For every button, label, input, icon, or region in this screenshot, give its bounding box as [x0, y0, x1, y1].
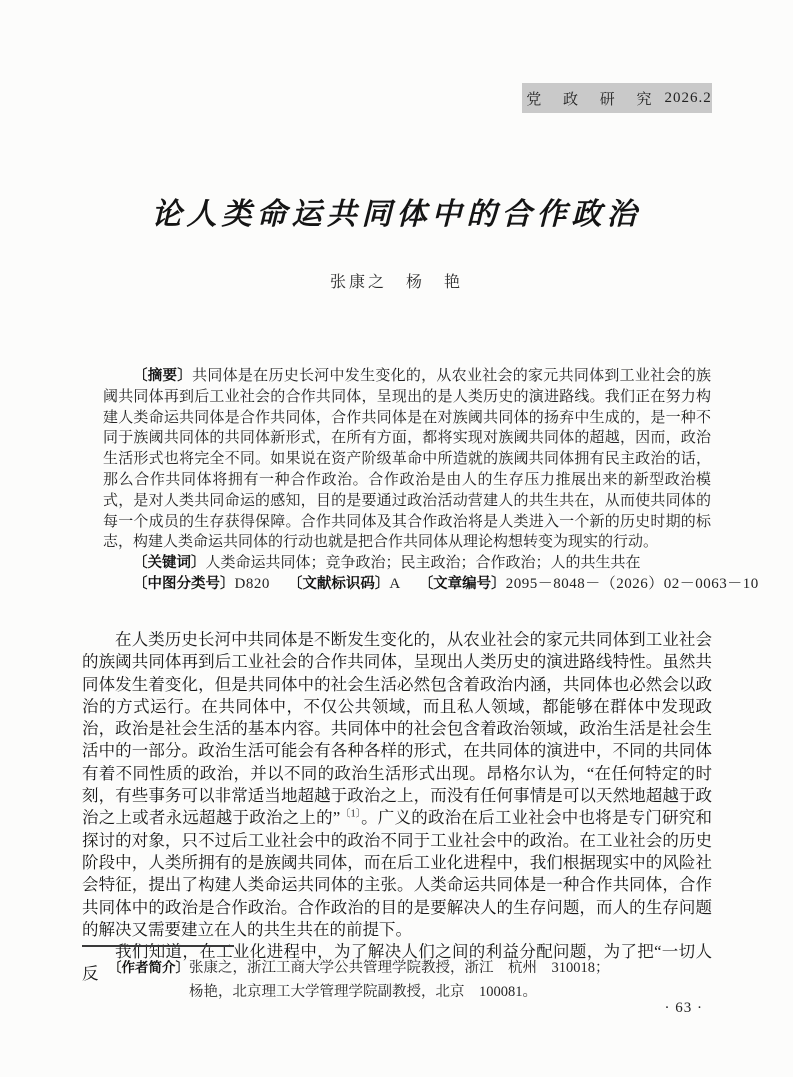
journal-issue: 2026.2	[665, 90, 712, 107]
abstract-label: 〔摘要〕	[133, 368, 192, 384]
keywords-row: 〔关键词〕人类命运共同体；竞争政治；民主政治；合作政治；人的共生共在	[103, 553, 711, 574]
body-paragraph-1-text-b: 。广义的政治在后工业社会中也将是专门研究和探讨的对象，只不过后工业社会中的政治不…	[82, 808, 712, 938]
author-bio-text-1: 张康之，浙江工商大学公共管理学院教授，浙江 杭州 310018；	[189, 960, 610, 976]
doc-code-label: 〔文献标识码〕	[288, 576, 390, 592]
footnote-area: 〔作者简介〕张康之，浙江工商大学公共管理学院教授，浙江 杭州 310018； 杨…	[82, 945, 712, 1004]
author-bio-label: 〔作者简介〕	[108, 960, 189, 975]
clc-label: 〔中图分类号〕	[133, 576, 235, 592]
article-title: 论人类命运共同体中的合作政治	[0, 189, 793, 233]
article-id-value: 2095－8048－（2026）02－0063－10	[506, 576, 759, 592]
article-meta-block: 〔摘要〕共同体是在历史长河中发生变化的，从农业社会的家元共同体到工业社会的族阈共…	[103, 366, 711, 595]
citation-ref-1: 〔1〕	[340, 809, 361, 820]
author-bio: 〔作者简介〕张康之，浙江工商大学公共管理学院教授，浙江 杭州 310018； 杨…	[108, 956, 712, 1004]
classification-row: 〔中图分类号〕D820〔文献标识码〕A〔文章编号〕2095－8048－（2026…	[103, 574, 711, 595]
clc-value: D820	[235, 576, 270, 592]
article-authors: 张康之 杨 艳	[0, 269, 793, 292]
keywords-label: 〔关键词〕	[133, 555, 206, 571]
journal-page: 党 政 研 究 2026.2 论人类命运共同体中的合作政治 张康之 杨 艳 〔摘…	[0, 0, 793, 1077]
journal-header-box: 党 政 研 究 2026.2	[522, 83, 712, 113]
page-number: · 63 ·	[665, 1000, 704, 1017]
article-id-label: 〔文章编号〕	[419, 576, 506, 592]
author-bio-line-1: 〔作者简介〕张康之，浙江工商大学公共管理学院教授，浙江 杭州 310018；	[108, 956, 712, 980]
journal-name: 党 政 研 究	[526, 88, 660, 109]
keywords-text: 人类命运共同体；竞争政治；民主政治；合作政治；人的共生共在	[206, 555, 641, 571]
footnote-divider	[82, 945, 234, 947]
body-paragraph-1-text-a: 在人类历史长河中共同体是不断发生变化的，从农业社会的家元共同体到工业社会的族阈共…	[82, 630, 712, 827]
doc-code-value: A	[389, 576, 400, 592]
article-body: 在人类历史长河中共同体是不断发生变化的，从农业社会的家元共同体到工业社会的族阈共…	[82, 629, 712, 986]
abstract-text: 共同体是在历史长河中发生变化的，从农业社会的家元共同体到工业社会的族阈共同体再到…	[103, 368, 711, 550]
abstract-paragraph: 〔摘要〕共同体是在历史长河中发生变化的，从农业社会的家元共同体到工业社会的族阈共…	[103, 366, 711, 553]
author-bio-line-2: 杨艳，北京理工大学管理学院副教授，北京 100081。	[108, 980, 712, 1004]
body-paragraph-1: 在人类历史长河中共同体是不断发生变化的，从农业社会的家元共同体到工业社会的族阈共…	[82, 629, 712, 941]
